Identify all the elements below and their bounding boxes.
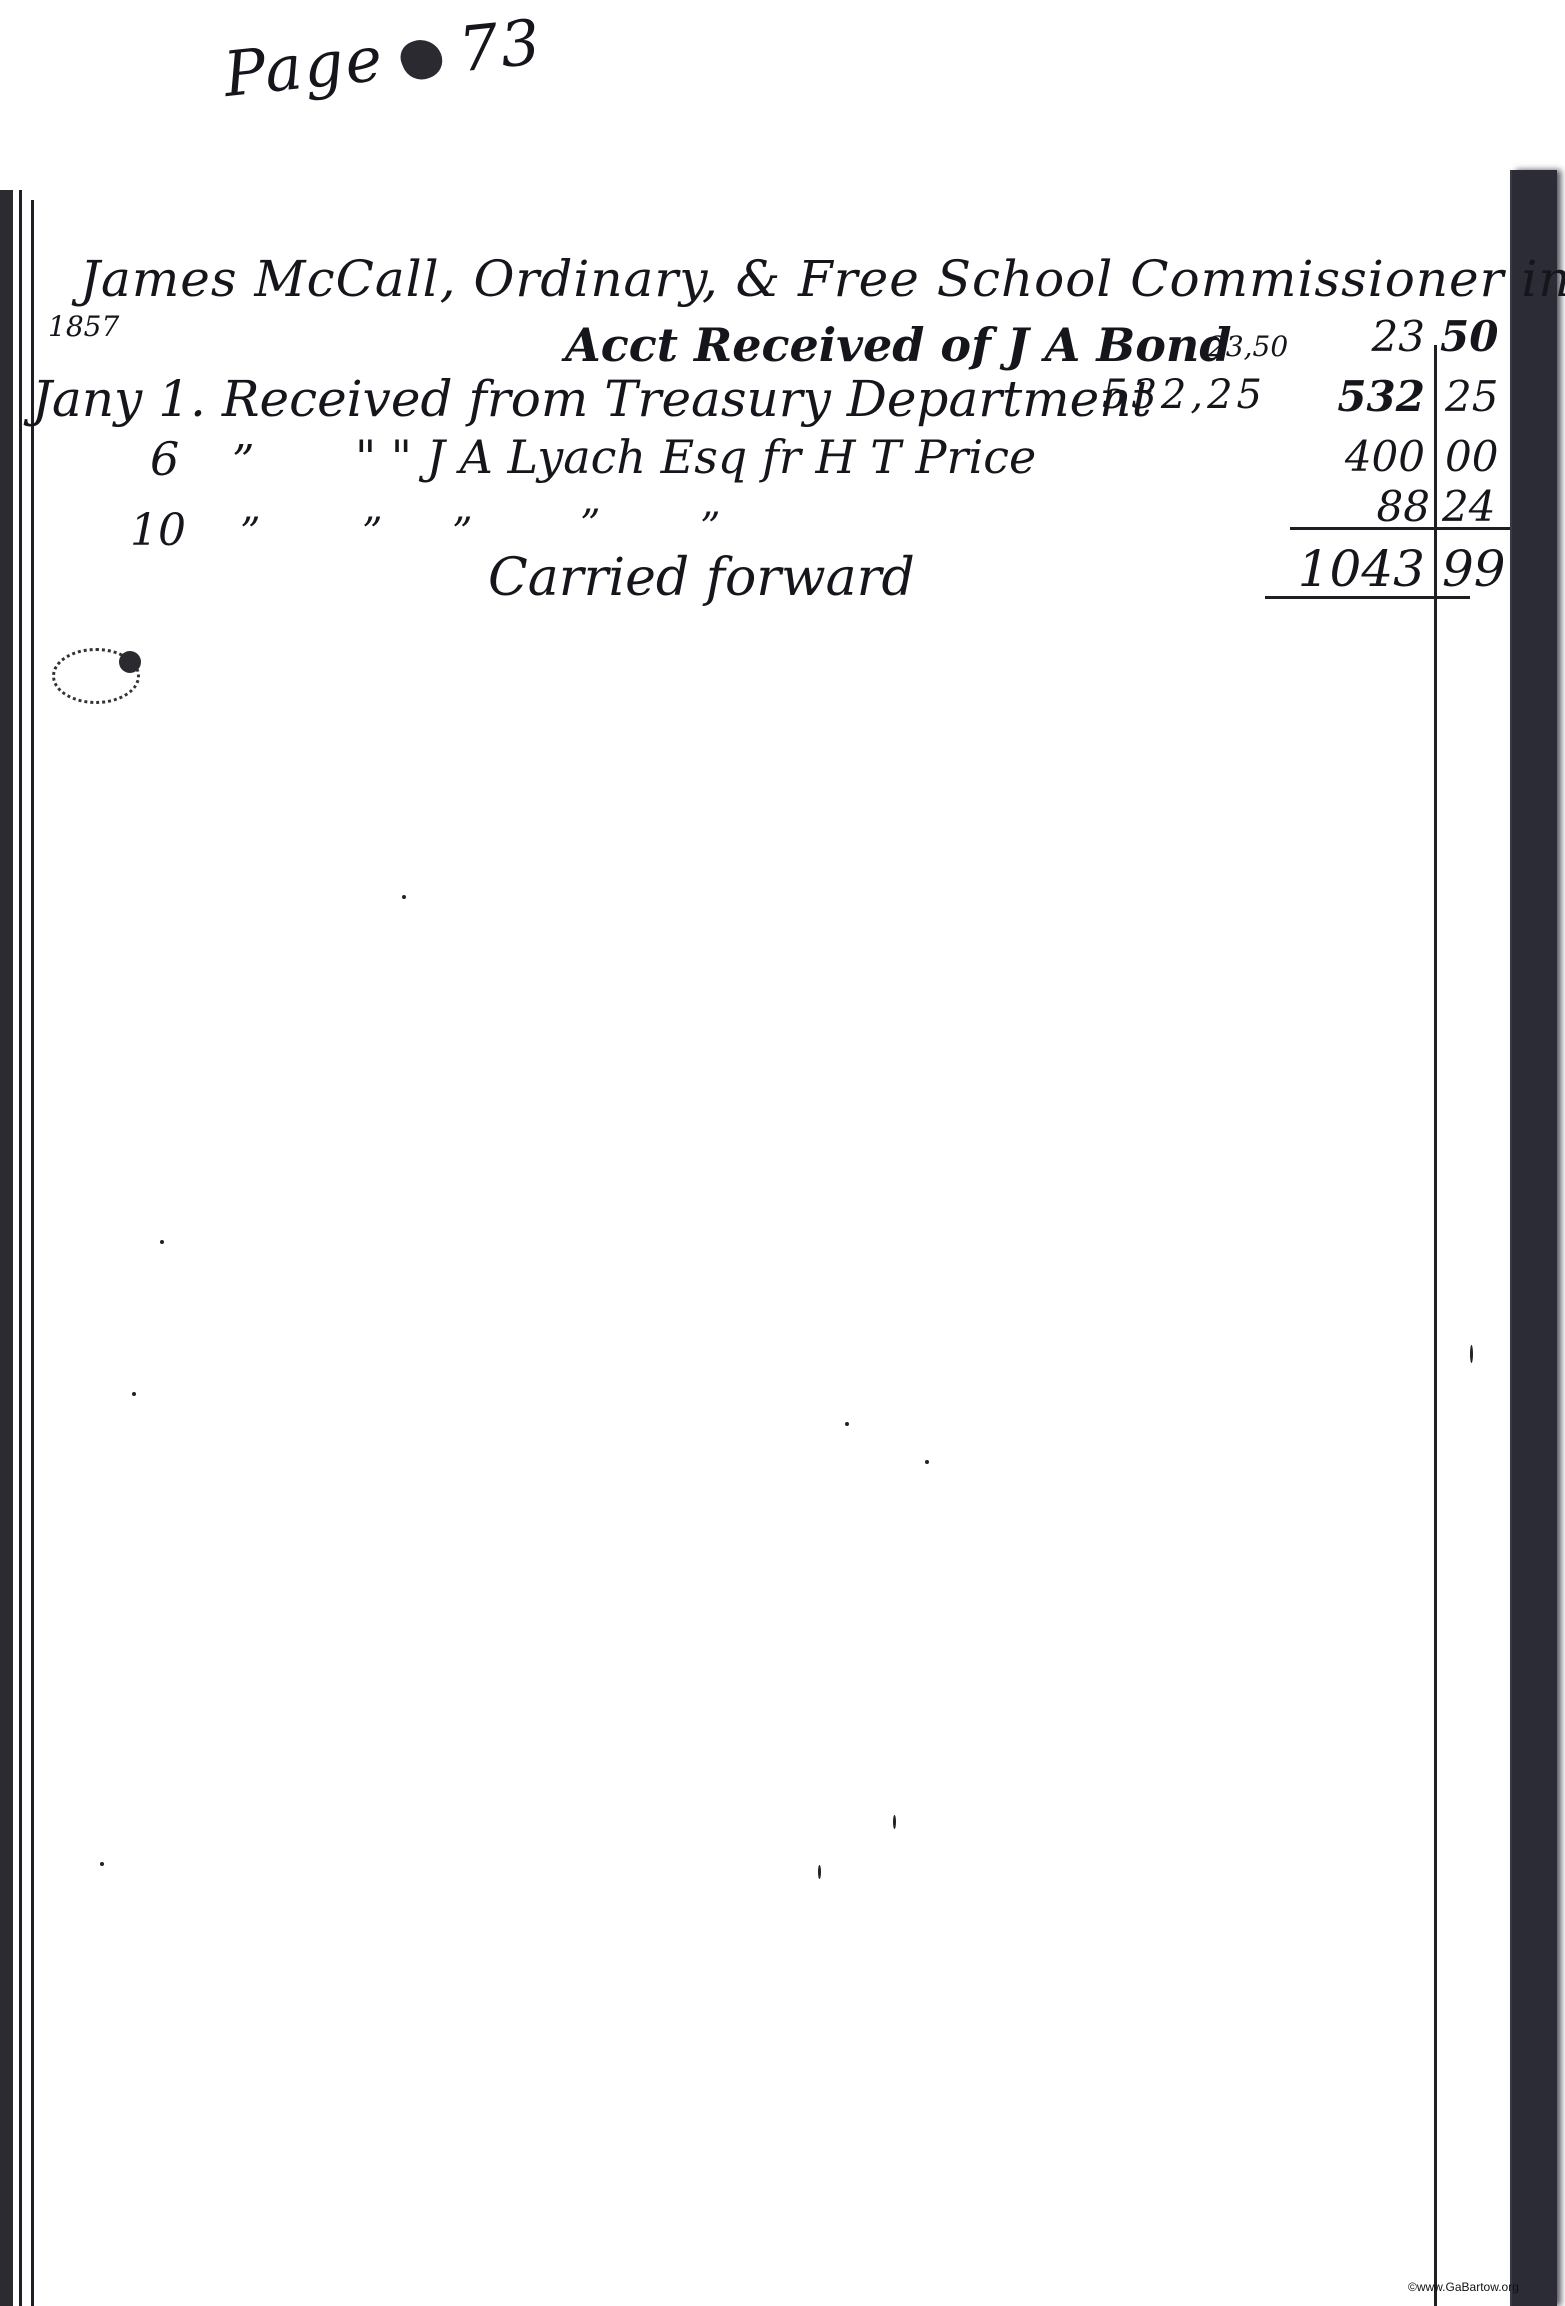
- total-underline: [1265, 596, 1470, 599]
- speck: [100, 1862, 104, 1866]
- account-subheading: Acct Received of J A Bond: [565, 318, 1232, 372]
- left-margin-rule-inner: [31, 200, 34, 2306]
- entry-3-dollars: 88: [1290, 482, 1430, 531]
- ditto-mark: ”: [452, 510, 472, 556]
- ink-smudge: [52, 648, 140, 704]
- opening-dollars: 23: [1285, 312, 1425, 361]
- carried-forward-label: Carried forward: [488, 548, 915, 608]
- speck: [893, 1815, 896, 1829]
- page-number: 73: [455, 5, 545, 86]
- sum-rule: [1290, 527, 1510, 530]
- account-holder-heading: James McCall, Ordinary, & Free School Co…: [80, 250, 1565, 308]
- ditto-mark: ”: [232, 436, 255, 487]
- speck: [402, 895, 406, 899]
- entry-1-inline-amount: 532,25: [1102, 372, 1266, 418]
- entry-month: Jany: [32, 370, 142, 428]
- right-page-edge: [1512, 170, 1557, 2306]
- speck: [845, 1422, 849, 1426]
- total-dollars: 1043: [1285, 540, 1425, 598]
- entry-1-cents: 25: [1445, 372, 1515, 421]
- entry-3-cents: 24: [1442, 482, 1512, 531]
- ditto-mark: ”: [362, 510, 382, 556]
- ditto-mark: ”: [580, 502, 600, 548]
- speck: [818, 1865, 821, 1879]
- entry-3-day: 10: [130, 505, 186, 556]
- ditto-mark: ”: [700, 505, 720, 551]
- entry-day: 1: [158, 370, 190, 428]
- page-label-text: Page: [220, 22, 387, 111]
- opening-cents: 50: [1440, 312, 1510, 361]
- left-binding-edge: [0, 190, 13, 2306]
- scribbled-out-mark: [396, 33, 448, 85]
- entry-description: Received from Treasury Department: [222, 370, 1152, 428]
- ledger-entry-1: Jany 1. Received from Treasury Departmen…: [32, 370, 1152, 428]
- speck: [132, 1392, 136, 1396]
- total-cents: 99: [1442, 540, 1512, 598]
- entry-1-dollars: 532: [1285, 372, 1425, 421]
- page-label: Page73: [220, 5, 545, 111]
- heading-inline-amount: 23,50: [1208, 330, 1288, 363]
- left-margin-rule: [19, 190, 22, 2306]
- entry-2-cents: 00: [1445, 432, 1515, 481]
- cents-column-rule: [1434, 345, 1437, 2306]
- speck: [925, 1460, 929, 1464]
- ledger-year: 1857: [48, 310, 119, 343]
- speck: [1470, 1345, 1473, 1363]
- entry-2-dollars: 400: [1285, 432, 1425, 481]
- ditto-mark: ”: [240, 510, 260, 556]
- speck: [160, 1240, 164, 1244]
- copyright-watermark: ©www.GaBartow.org: [1408, 2280, 1519, 2294]
- entry-2-day: 6: [150, 432, 179, 486]
- entry-2-description: " " J A Lyach Esq fr H T Price: [355, 430, 1036, 484]
